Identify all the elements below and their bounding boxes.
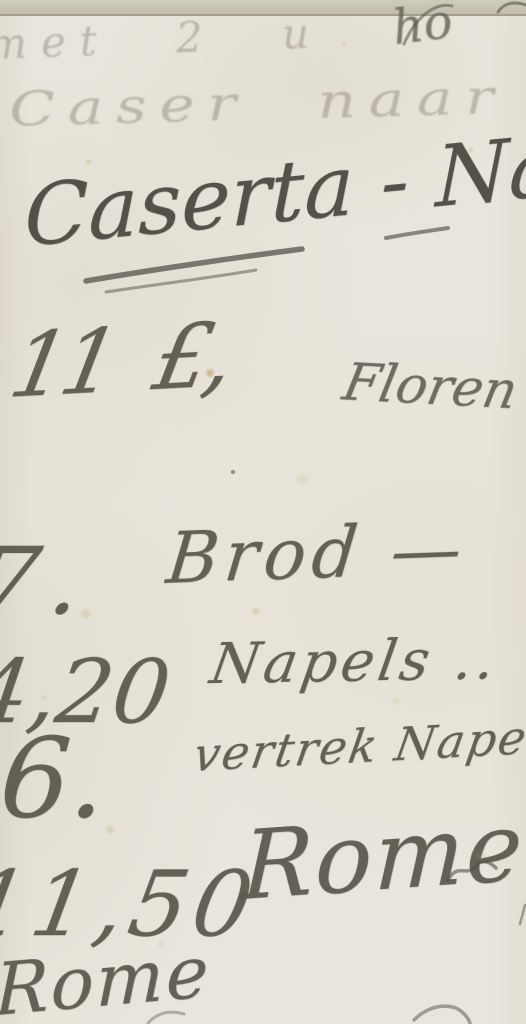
fox-spot: [474, 850, 489, 863]
title-underline-second: [106, 270, 256, 292]
fox-spot: [104, 824, 117, 835]
fox-spot: [204, 368, 216, 378]
entry-place-florence: Floren: [338, 353, 522, 422]
faint-header-line1: met 2 u: [0, 8, 324, 69]
fox-spot: [156, 940, 167, 949]
fox-spot: [466, 146, 475, 154]
fox-spot: [390, 696, 401, 706]
fox-spot: [340, 40, 348, 47]
stray-dot: [231, 470, 235, 474]
fox-spot: [40, 694, 49, 702]
fox-spot: [84, 158, 93, 166]
entry-label-brod: Brod —: [163, 507, 472, 600]
fox-spot: [78, 608, 93, 620]
entry-amount-pounds: 11 £,: [2, 302, 238, 418]
fox-spot: [250, 606, 261, 616]
stray-right-edge-tick: [520, 905, 525, 924]
stray-bottom-stroke-right: [414, 1006, 470, 1023]
fox-spot: [294, 472, 311, 486]
entry-amount-6: 6.: [0, 715, 110, 843]
entry-label-vertrek-napels: vertrek Napels: [190, 708, 526, 782]
faint-header-line1-end: ho: [389, 0, 455, 56]
notebook-page: met 2 u ho Caser naar he Caserta - Napel…: [0, 0, 526, 1024]
entry-place-napels: Napels ..: [206, 627, 504, 697]
